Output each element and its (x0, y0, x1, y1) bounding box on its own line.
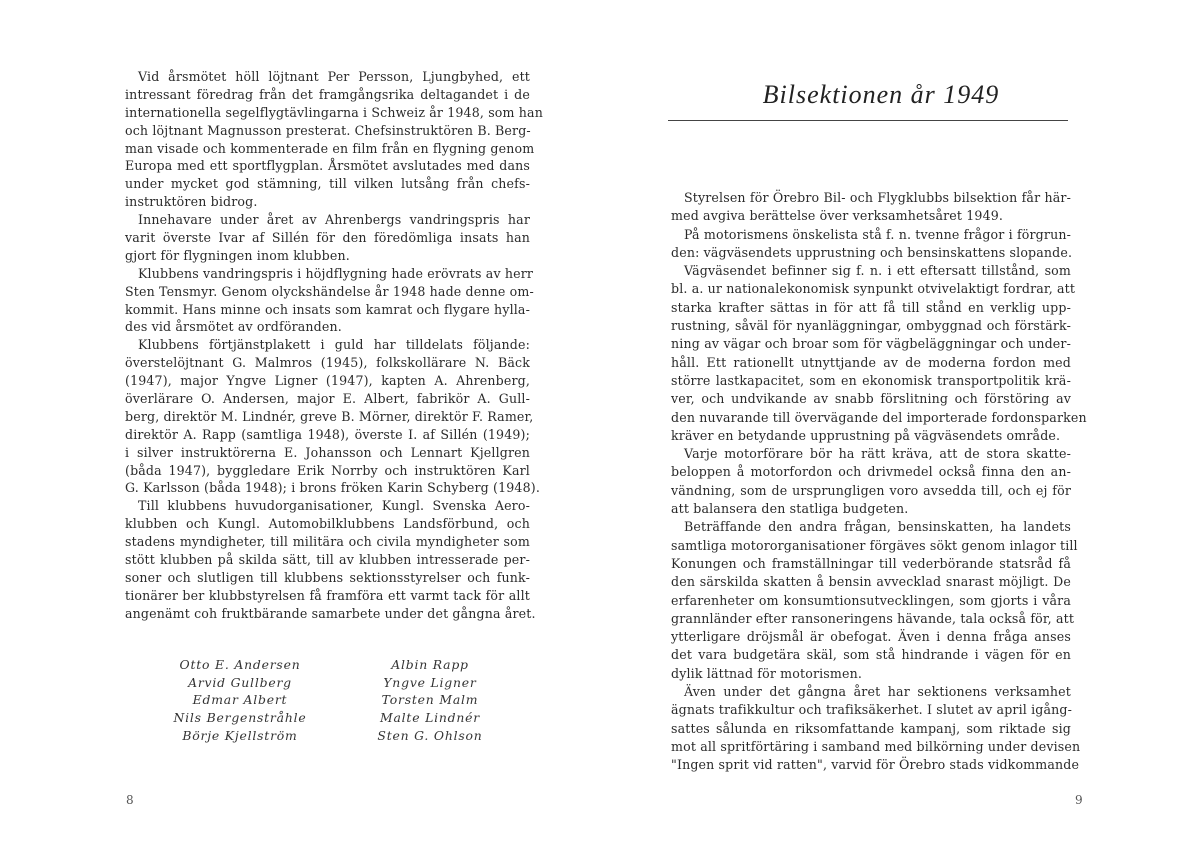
text-line: Styrelsen för Örebro Bil- och Flygklubbs… (671, 189, 1071, 207)
right-page: Bilsektionen år 1949 Styrelsen för Örebr… (600, 0, 1200, 848)
text-line: samtliga motororganisationer förgäves sö… (671, 537, 1071, 555)
text-line: Även under det gångna året har sektionen… (671, 683, 1071, 701)
text-line: Varje motorförare bör ha rätt kräva, att… (671, 445, 1071, 463)
text-line: beloppen å motorfordon och drivmedel ock… (671, 463, 1071, 481)
text-line: "Ingen sprit vid ratten", varvid för Öre… (671, 756, 1071, 774)
text-line: Beträffande den andra frågan, bensinskat… (671, 518, 1071, 536)
signature-name: Börje Kjellström (182, 727, 297, 745)
text-line: sattes sålunda en riksomfattande kampanj… (671, 720, 1071, 738)
text-line: Europa med ett sportflygplan. Årsmötet a… (125, 157, 530, 175)
text-line: soner och slutligen till klubbens sektio… (125, 569, 530, 587)
text-line: Klubbens vandringspris i höjdflygning ha… (125, 265, 530, 283)
signature-name: Otto E. Andersen (179, 656, 300, 674)
text-line: överstelöjtnant G. Malmros (1945), folks… (125, 354, 530, 372)
text-line: grannländer efter ransoneringens hävande… (671, 610, 1071, 628)
text-line: angenämt coh fruktbärande samarbete unde… (125, 605, 530, 623)
signature-name: Edmar Albert (193, 691, 288, 709)
text-line: (1947), major Yngve Ligner (1947), kapte… (125, 372, 530, 390)
text-line: kommit. Hans minne och insats som kamrat… (125, 301, 530, 319)
signature-name: Malte Lindnér (380, 709, 480, 727)
signatures: Otto E. Andersen Arvid Gullberg Edmar Al… (150, 656, 500, 745)
text-line: med avgiva berättelse över verksamhetsår… (671, 207, 1071, 225)
text-line: G. Karlsson (båda 1948); i brons fröken … (125, 479, 530, 497)
text-line: ytterligare dröjsmål är obefogat. Även i… (671, 628, 1071, 646)
text-line: den nuvarande till övervägande del impor… (671, 409, 1071, 427)
text-line: dylik lättnad för motorismen. (671, 665, 1071, 683)
signature-name: Arvid Gullberg (188, 674, 292, 692)
text-line: och löjtnant Magnusson presterat. Chefsi… (125, 122, 530, 140)
text-line: rustning, såväl för nyanläggningar, omby… (671, 317, 1071, 335)
text-line: des vid årsmötet av ordföranden. (125, 318, 530, 336)
text-line: På motorismens önskelista stå f. n. tven… (671, 226, 1071, 244)
section-heading: Bilsektionen år 1949 (696, 80, 1066, 110)
text-line: varit överste Ivar af Sillén för den för… (125, 229, 530, 247)
signature-name: Yngve Ligner (383, 674, 476, 692)
signature-column-left: Otto E. Andersen Arvid Gullberg Edmar Al… (150, 656, 330, 745)
text-line: att balansera den statliga budgeten. (671, 500, 1071, 518)
text-line: tionärer ber klubbstyrelsen få framföra … (125, 587, 530, 605)
text-line: det vara budgetära skäl, som stå hindran… (671, 646, 1071, 664)
text-line: ver, och undvikande av snabb förslitning… (671, 390, 1071, 408)
text-line: Vid årsmötet höll löjtnant Per Persson, … (125, 68, 530, 86)
text-line: Innehavare under året av Ahrenbergs vand… (125, 211, 530, 229)
signature-name: Sten G. Ohlson (377, 727, 482, 745)
text-line: Konungen och framställningar till vederb… (671, 555, 1071, 573)
text-line: Klubbens förtjänstplakett i guld har til… (125, 336, 530, 354)
text-line: under mycket god stämning, till vilken l… (125, 175, 530, 193)
text-line: i silver instruktörerna E. Johansson och… (125, 444, 530, 462)
text-line: internationella segelflygtävlingarna i S… (125, 104, 530, 122)
signature-name: Albin Rapp (391, 656, 469, 674)
text-line: större lastkapacitet, som en ekonomisk t… (671, 372, 1071, 390)
text-line: bl. a. ur nationalekonomisk synpunkt otv… (671, 280, 1071, 298)
text-line: berg, direktör M. Lindnér, greve B. Mörn… (125, 408, 530, 426)
text-line: den: vägväsendets upprustning och bensin… (671, 244, 1071, 262)
page-number: 9 (1075, 793, 1083, 807)
right-page-body: Styrelsen för Örebro Bil- och Flygklubbs… (671, 189, 1071, 775)
text-line: direktör A. Rapp (samtliga 1948), överst… (125, 426, 530, 444)
text-line: överlärare O. Andersen, major E. Albert,… (125, 390, 530, 408)
text-line: Till klubbens huvudorganisationer, Kungl… (125, 497, 530, 515)
text-line: stadens myndigheter, till militära och c… (125, 533, 530, 551)
text-line: ning av vägar och broar som för vägbeläg… (671, 335, 1071, 353)
text-line: håll. Ett rationellt utnyttjande av de m… (671, 354, 1071, 372)
text-line: Vägväsendet befinner sig f. n. i ett eft… (671, 262, 1071, 280)
page-number: 8 (126, 793, 134, 807)
left-page: Vid årsmötet höll löjtnant Per Persson, … (0, 0, 600, 848)
text-line: stött klubben på skilda sätt, till av kl… (125, 551, 530, 569)
text-line: Sten Tensmyr. Genom olyckshändelse år 19… (125, 283, 530, 301)
text-line: man visade och kommenterade en film från… (125, 140, 530, 158)
text-line: ägnats trafikkultur och trafiksäkerhet. … (671, 701, 1071, 719)
left-page-body: Vid årsmötet höll löjtnant Per Persson, … (125, 68, 530, 623)
text-line: vändning, som de ursprungligen voro avse… (671, 482, 1071, 500)
text-line: mot all spritförtäring i samband med bil… (671, 738, 1071, 756)
text-line: (båda 1947), byggledare Erik Norrby och … (125, 462, 530, 480)
text-line: den särskilda skatten å bensin avvecklad… (671, 573, 1071, 591)
text-line: intressant föredrag från det framgångsri… (125, 86, 530, 104)
signature-name: Nils Bergenstråhle (174, 709, 307, 727)
text-line: klubben och Kungl. Automobilklubbens Lan… (125, 515, 530, 533)
text-line: instruktören bidrog. (125, 193, 530, 211)
signature-name: Torsten Malm (382, 691, 479, 709)
text-line: starka krafter sättas in för att få till… (671, 299, 1071, 317)
text-line: gjort för flygningen inom klubben. (125, 247, 530, 265)
heading-rule (668, 120, 1068, 121)
text-line: erfarenheter om konsumtionsutvecklingen,… (671, 592, 1071, 610)
signature-column-right: Albin Rapp Yngve Ligner Torsten Malm Mal… (360, 656, 500, 745)
text-line: kräver en betydande upprustning på vägvä… (671, 427, 1071, 445)
